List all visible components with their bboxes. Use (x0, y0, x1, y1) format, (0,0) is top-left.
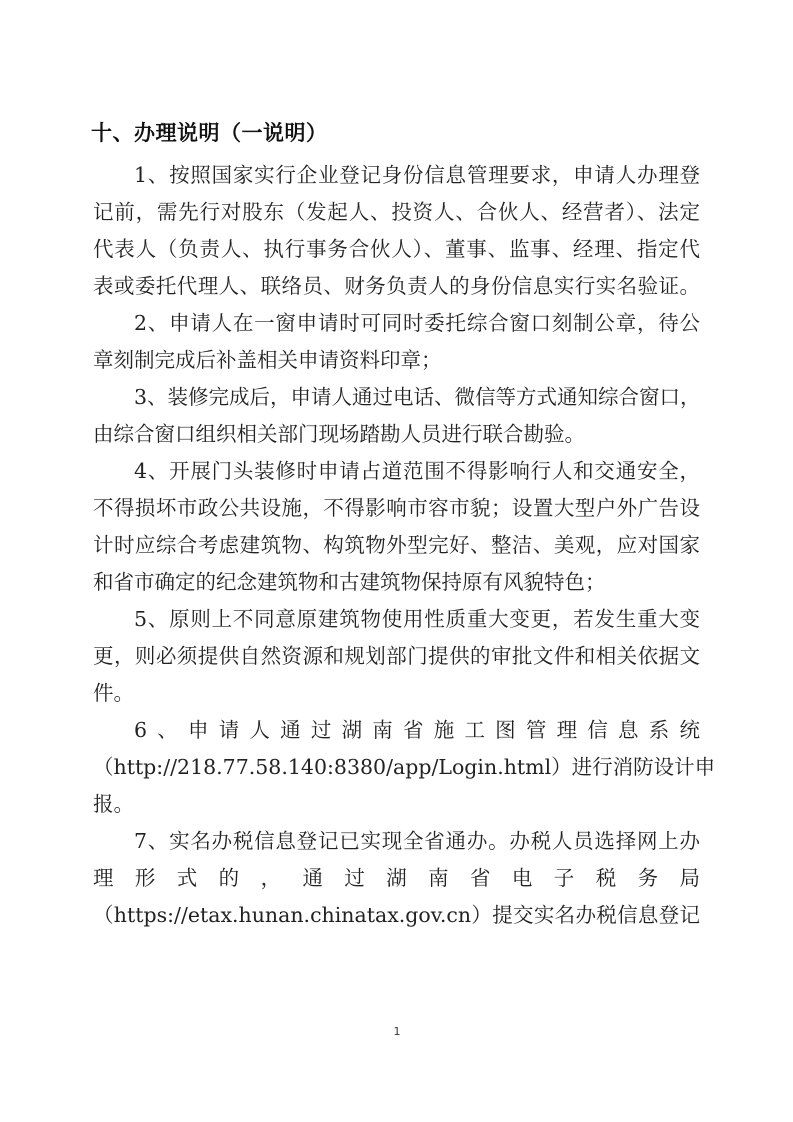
text-line: 件。 (93, 675, 700, 712)
text-line: 3、装修完成后，申请人通过电话、微信等方式通知综合窗口， (93, 379, 700, 416)
url-line: （http://218.77.58.140:8380/app/Login.htm… (93, 749, 700, 786)
text-line: 由综合窗口组织相关部门现场踏勘人员进行联合勘验。 (93, 416, 700, 453)
text-line: 理形式的，通过湖南省电子税务局 (93, 860, 700, 897)
document-body: 1、按照国家实行企业登记身份信息管理要求，申请人办理登 记前，需先行对股东（发起… (93, 157, 700, 934)
text-line: 更，则必须提供自然资源和规划部门提供的审批文件和相关依据文 (93, 638, 700, 675)
text-line: 不得损坏市政公共设施，不得影响市容市貌；设置大型户外广告设 (93, 490, 700, 527)
url-line: （https://etax.hunan.chinatax.gov.cn）提交实名… (93, 897, 700, 934)
text-line: 报。 (93, 786, 700, 823)
text-line: 和省市确定的纪念建筑物和古建筑物保持原有风貌特色； (93, 564, 700, 601)
section-heading: 十、办理说明（一说明） (91, 119, 328, 147)
text-line: 5、原则上不同意原建筑物使用性质重大变更，若发生重大变 (93, 601, 700, 638)
text-line: 记前，需先行对股东（发起人、投资人、合伙人、经营者）、法定 (93, 194, 700, 231)
page-number: 1 (390, 1025, 404, 1038)
text-line: 6、申请人通过湖南省施工图管理信息系统 (93, 712, 700, 749)
document-page: 十、办理说明（一说明） 1、按照国家实行企业登记身份信息管理要求，申请人办理登 … (0, 0, 793, 1122)
text-line: 表或委托代理人、联络员、财务负责人的身份信息实行实名验证。 (93, 268, 700, 305)
text-line: 7、实名办税信息登记已实现全省通办。办税人员选择网上办 (93, 823, 700, 860)
text-line: 1、按照国家实行企业登记身份信息管理要求，申请人办理登 (93, 157, 700, 194)
text-line: 章刻制完成后补盖相关申请资料印章； (93, 342, 700, 379)
text-line: 2、申请人在一窗申请时可同时委托综合窗口刻制公章，待公 (93, 305, 700, 342)
text-line: 计时应综合考虑建筑物、构筑物外型完好、整洁、美观，应对国家 (93, 527, 700, 564)
text-line: 4、开展门头装修时申请占道范围不得影响行人和交通安全， (93, 453, 700, 490)
text-line: 代表人（负责人、执行事务合伙人）、董事、监事、经理、指定代 (93, 231, 700, 268)
